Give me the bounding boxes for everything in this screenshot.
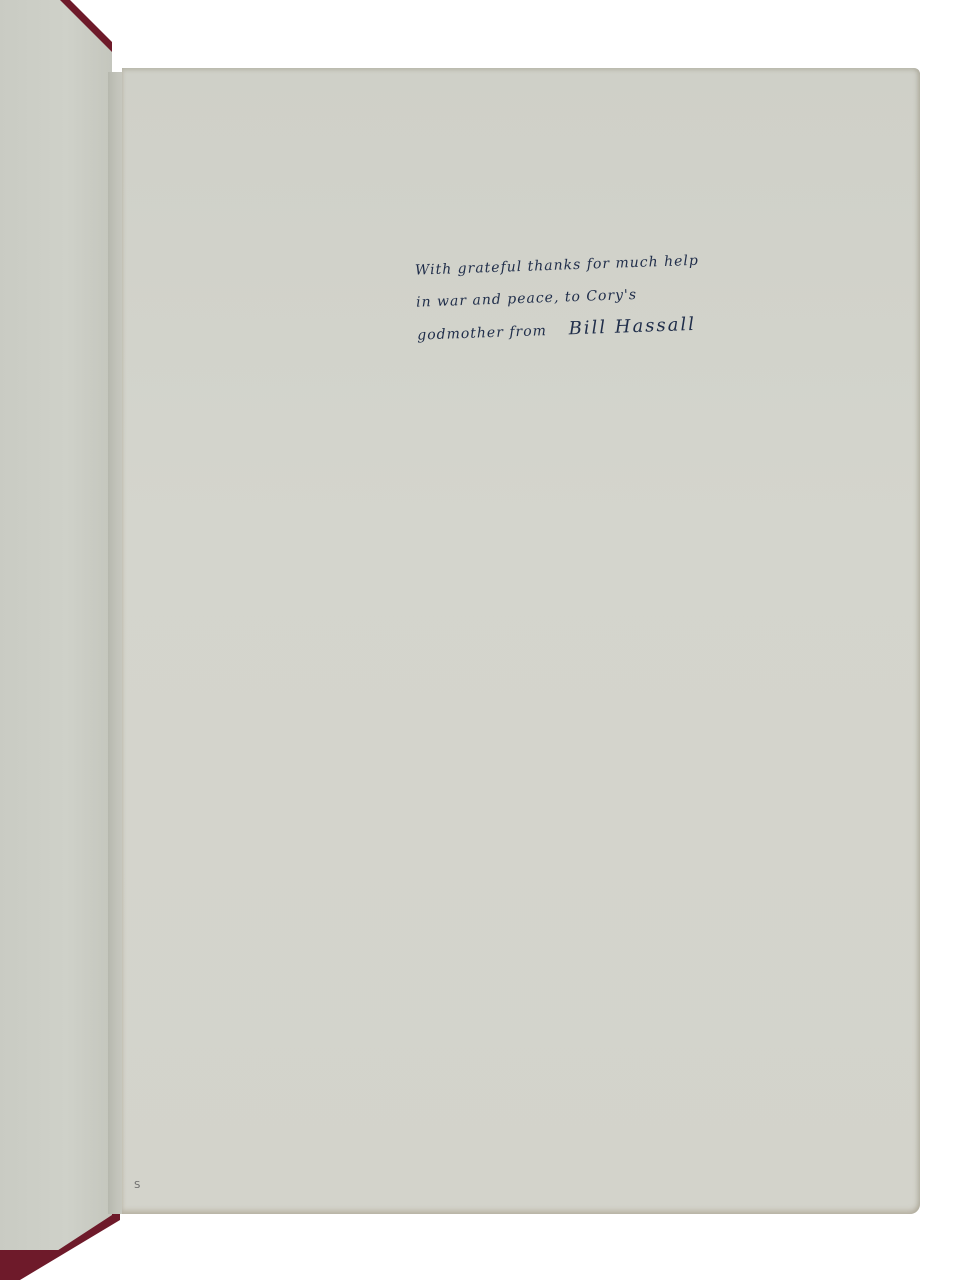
signature: Bill Hassall [568,314,696,339]
inscription-line-3-text: godmother from [417,323,547,344]
right-flyleaf-page [122,68,920,1214]
handwritten-inscription: With grateful thanks for much help in wa… [414,241,797,351]
left-pastedown-page [0,0,112,1250]
pencil-mark: S [134,1180,140,1191]
